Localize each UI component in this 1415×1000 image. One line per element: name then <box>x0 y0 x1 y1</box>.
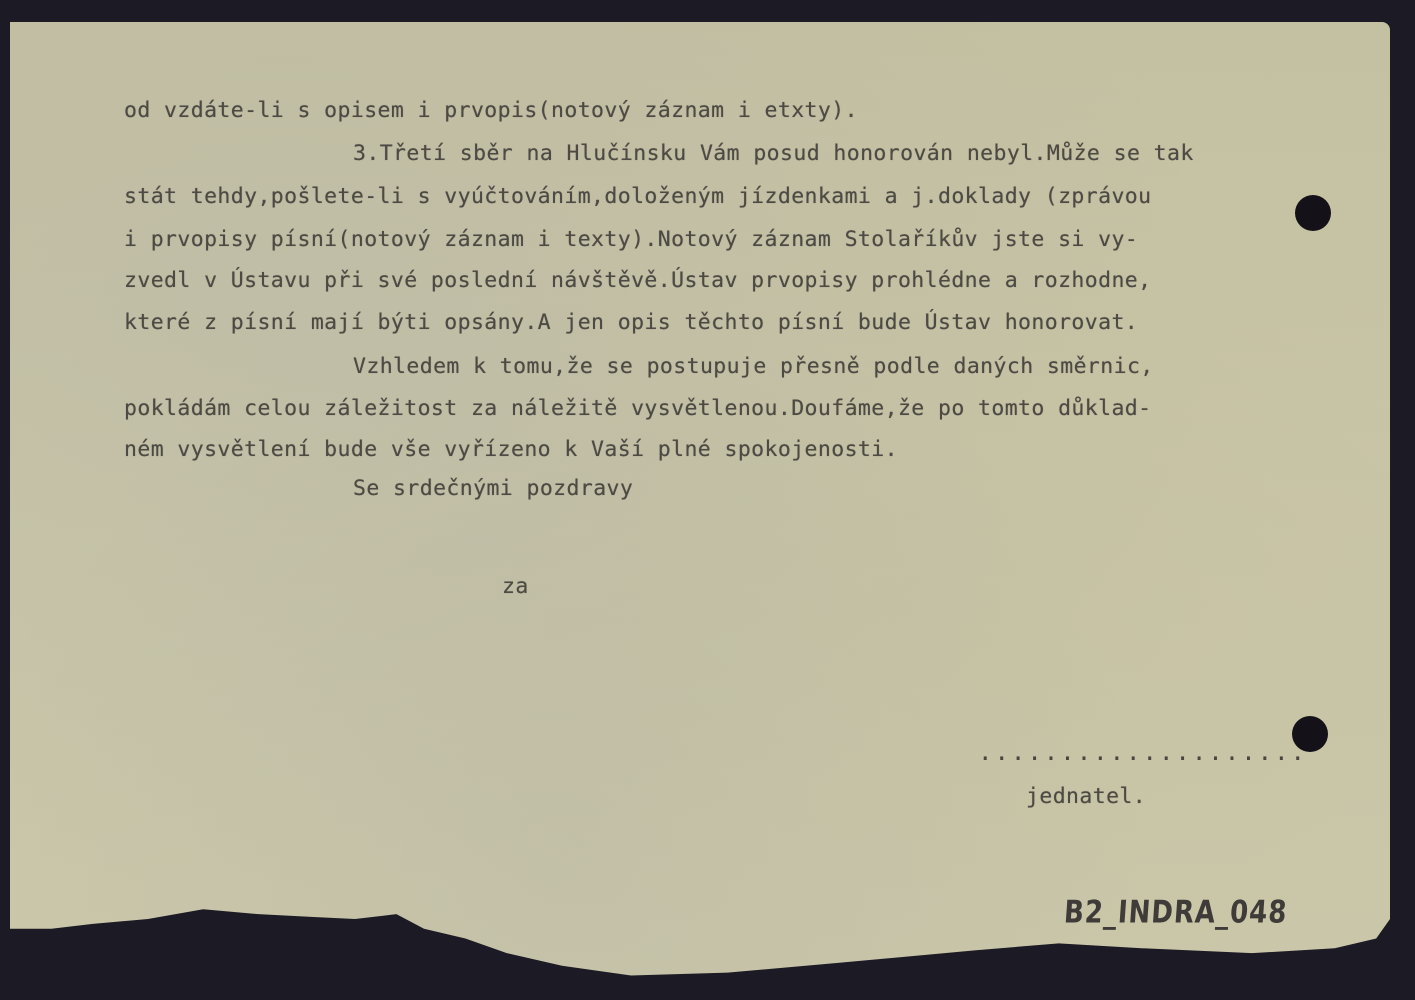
punch-hole-icon <box>1295 195 1331 231</box>
archive-id: B2_INDRA_048 <box>1063 895 1289 931</box>
signature-title: jednatel. <box>1026 784 1146 809</box>
paper-sheet <box>10 22 1390 997</box>
text-line: zvedl v Ústavu při své poslední návštěvě… <box>124 268 1152 293</box>
text-line: Vzhledem k tomu,že se postupuje přesně p… <box>353 354 1154 379</box>
closing-za: za <box>502 574 529 599</box>
text-line: stát tehdy,pošlete-li s vyúčtováním,dolo… <box>124 184 1152 209</box>
document-scan: od vzdáte-li s opisem i prvopis(notový z… <box>0 0 1415 1000</box>
text-line: ném vysvětlení bude vše vyřízeno k Vaší … <box>124 437 898 462</box>
greeting-line: Se srdečnými pozdravy <box>353 476 633 501</box>
text-line: i prvopisy písní(notový záznam i texty).… <box>124 227 1138 252</box>
text-line: 3.Třetí sběr na Hlučínsku Vám posud hono… <box>353 141 1194 166</box>
letter-body: od vzdáte-li s opisem i prvopis(notový z… <box>0 0 53 350</box>
signature-line: .................... <box>978 738 1307 766</box>
text-line: pokládám celou záležitost za náležitě vy… <box>124 396 1152 421</box>
text-line: které z písní mají býti opsány.A jen opi… <box>124 310 1138 335</box>
text-line: od vzdáte-li s opisem i prvopis(notový z… <box>124 98 858 123</box>
